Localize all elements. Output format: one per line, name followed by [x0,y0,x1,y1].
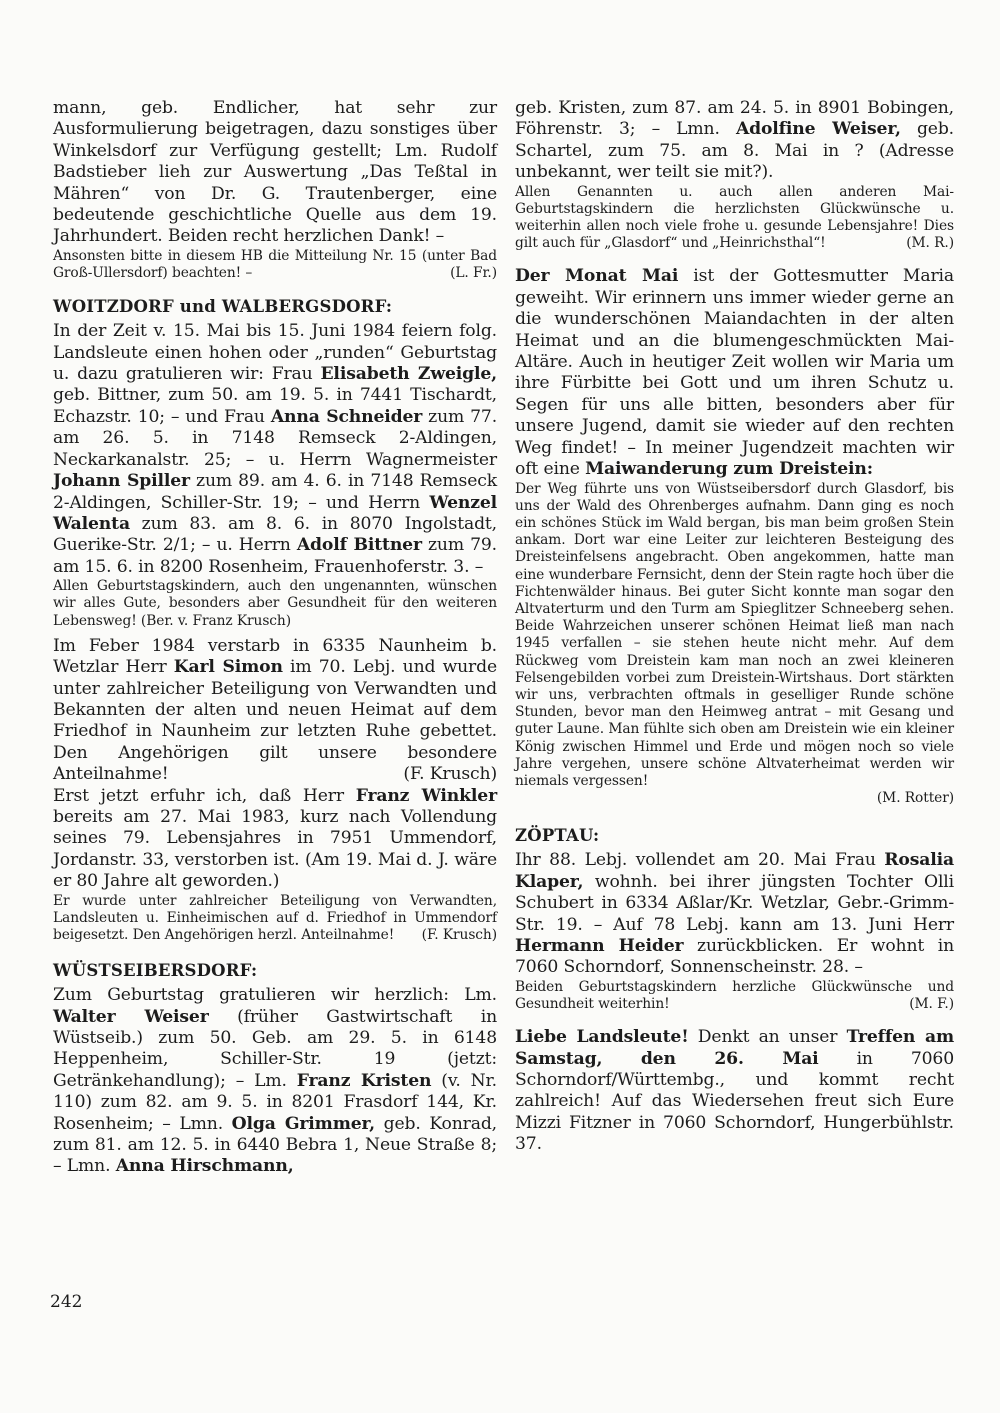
lead-phrase: Der Monat Mai [515,266,678,286]
signature: (F. Krusch) [403,764,497,785]
zoeptau-note: Beiden Geburtstagskindern herzliche Glüc… [515,979,954,1013]
obituary-karl-simon: Im Feber 1984 verstarb in 6335 Naunheim … [53,636,497,786]
person-name: Olga Grimmer, [232,1114,375,1134]
intro-note: Ansonsten bitte in diesem HB die Mitteil… [53,248,497,282]
monat-mai-paragraph: Der Monat Mai ist der Gottesmutter Maria… [515,266,954,480]
person-name: Johann Spiller [53,471,190,491]
signature: (L. Fr.) [450,265,497,282]
person-name: Anna Schneider [271,407,422,427]
person-name: Walter Weiser [53,1007,209,1027]
section-heading-woitzdorf: WOITZDORF und WALBERGSDORF: [53,296,497,318]
signature: (M. R.) [906,235,954,252]
obituary-franz-winkler: Erst jetzt erfuhr ich, daß Herr Franz Wi… [53,786,497,893]
person-name: Karl Simon [174,657,283,677]
signature: (F. Krusch) [422,927,497,944]
subheading-maiwanderung: Maiwanderung zum Dreistein: [585,459,873,479]
dreistein-story: Der Weg führte uns von Wüstseibersdorf d… [515,481,954,791]
intro-note-text: Ansonsten bitte in diesem HB die Mitteil… [53,248,497,281]
obituary-note: Er wurde unter zahlreicher Beteiligung v… [53,893,497,945]
left-column: mann, geb. Endlicher, hat sehr zur Ausfo… [53,98,497,1178]
signature: (M. Rotter) [515,790,954,807]
wuestseibersdorf-note: Allen Genannten u. auch allen anderen Ma… [515,184,954,253]
woitzdorf-birthdays: In der Zeit v. 15. Mai bis 15. Juni 1984… [53,321,497,578]
right-column: geb. Kristen, zum 87. am 24. 5. in 8901 … [515,98,954,1156]
zoeptau-birthdays: Ihr 88. Lebj. vollendet am 20. Mai Frau … [515,850,954,978]
person-name: Adolf Bittner [297,535,422,555]
signature: (M. F.) [909,996,954,1013]
treffen-announcement: Liebe Landsleute! Denkt an unser Treffen… [515,1027,954,1155]
wuestseibersdorf-continued: geb. Kristen, zum 87. am 24. 5. in 8901 … [515,98,954,184]
intro-paragraph: mann, geb. Endlicher, hat sehr zur Ausfo… [53,98,497,248]
woitzdorf-note: Allen Geburtstagskindern, auch den ungen… [53,578,497,630]
person-name: Elisabeth Zweigle, [320,364,497,384]
section-heading-wuestseibersdorf: WÜSTSEIBERSDORF: [53,960,497,982]
section-heading-zoeptau: ZÖPTAU: [515,825,954,847]
person-name: Hermann Heider [515,936,683,956]
person-name: Anna Hirschmann, [116,1156,294,1176]
lead-phrase: Liebe Landsleute! [515,1027,689,1047]
person-name: Franz Winkler [356,786,497,806]
person-name: Franz Kristen [297,1071,432,1091]
page-number: 242 [50,1292,82,1312]
person-name: Adolfine Weiser, [736,119,901,139]
wuestseibersdorf-birthdays: Zum Geburtstag gratulieren wir herzlich:… [53,985,497,1178]
